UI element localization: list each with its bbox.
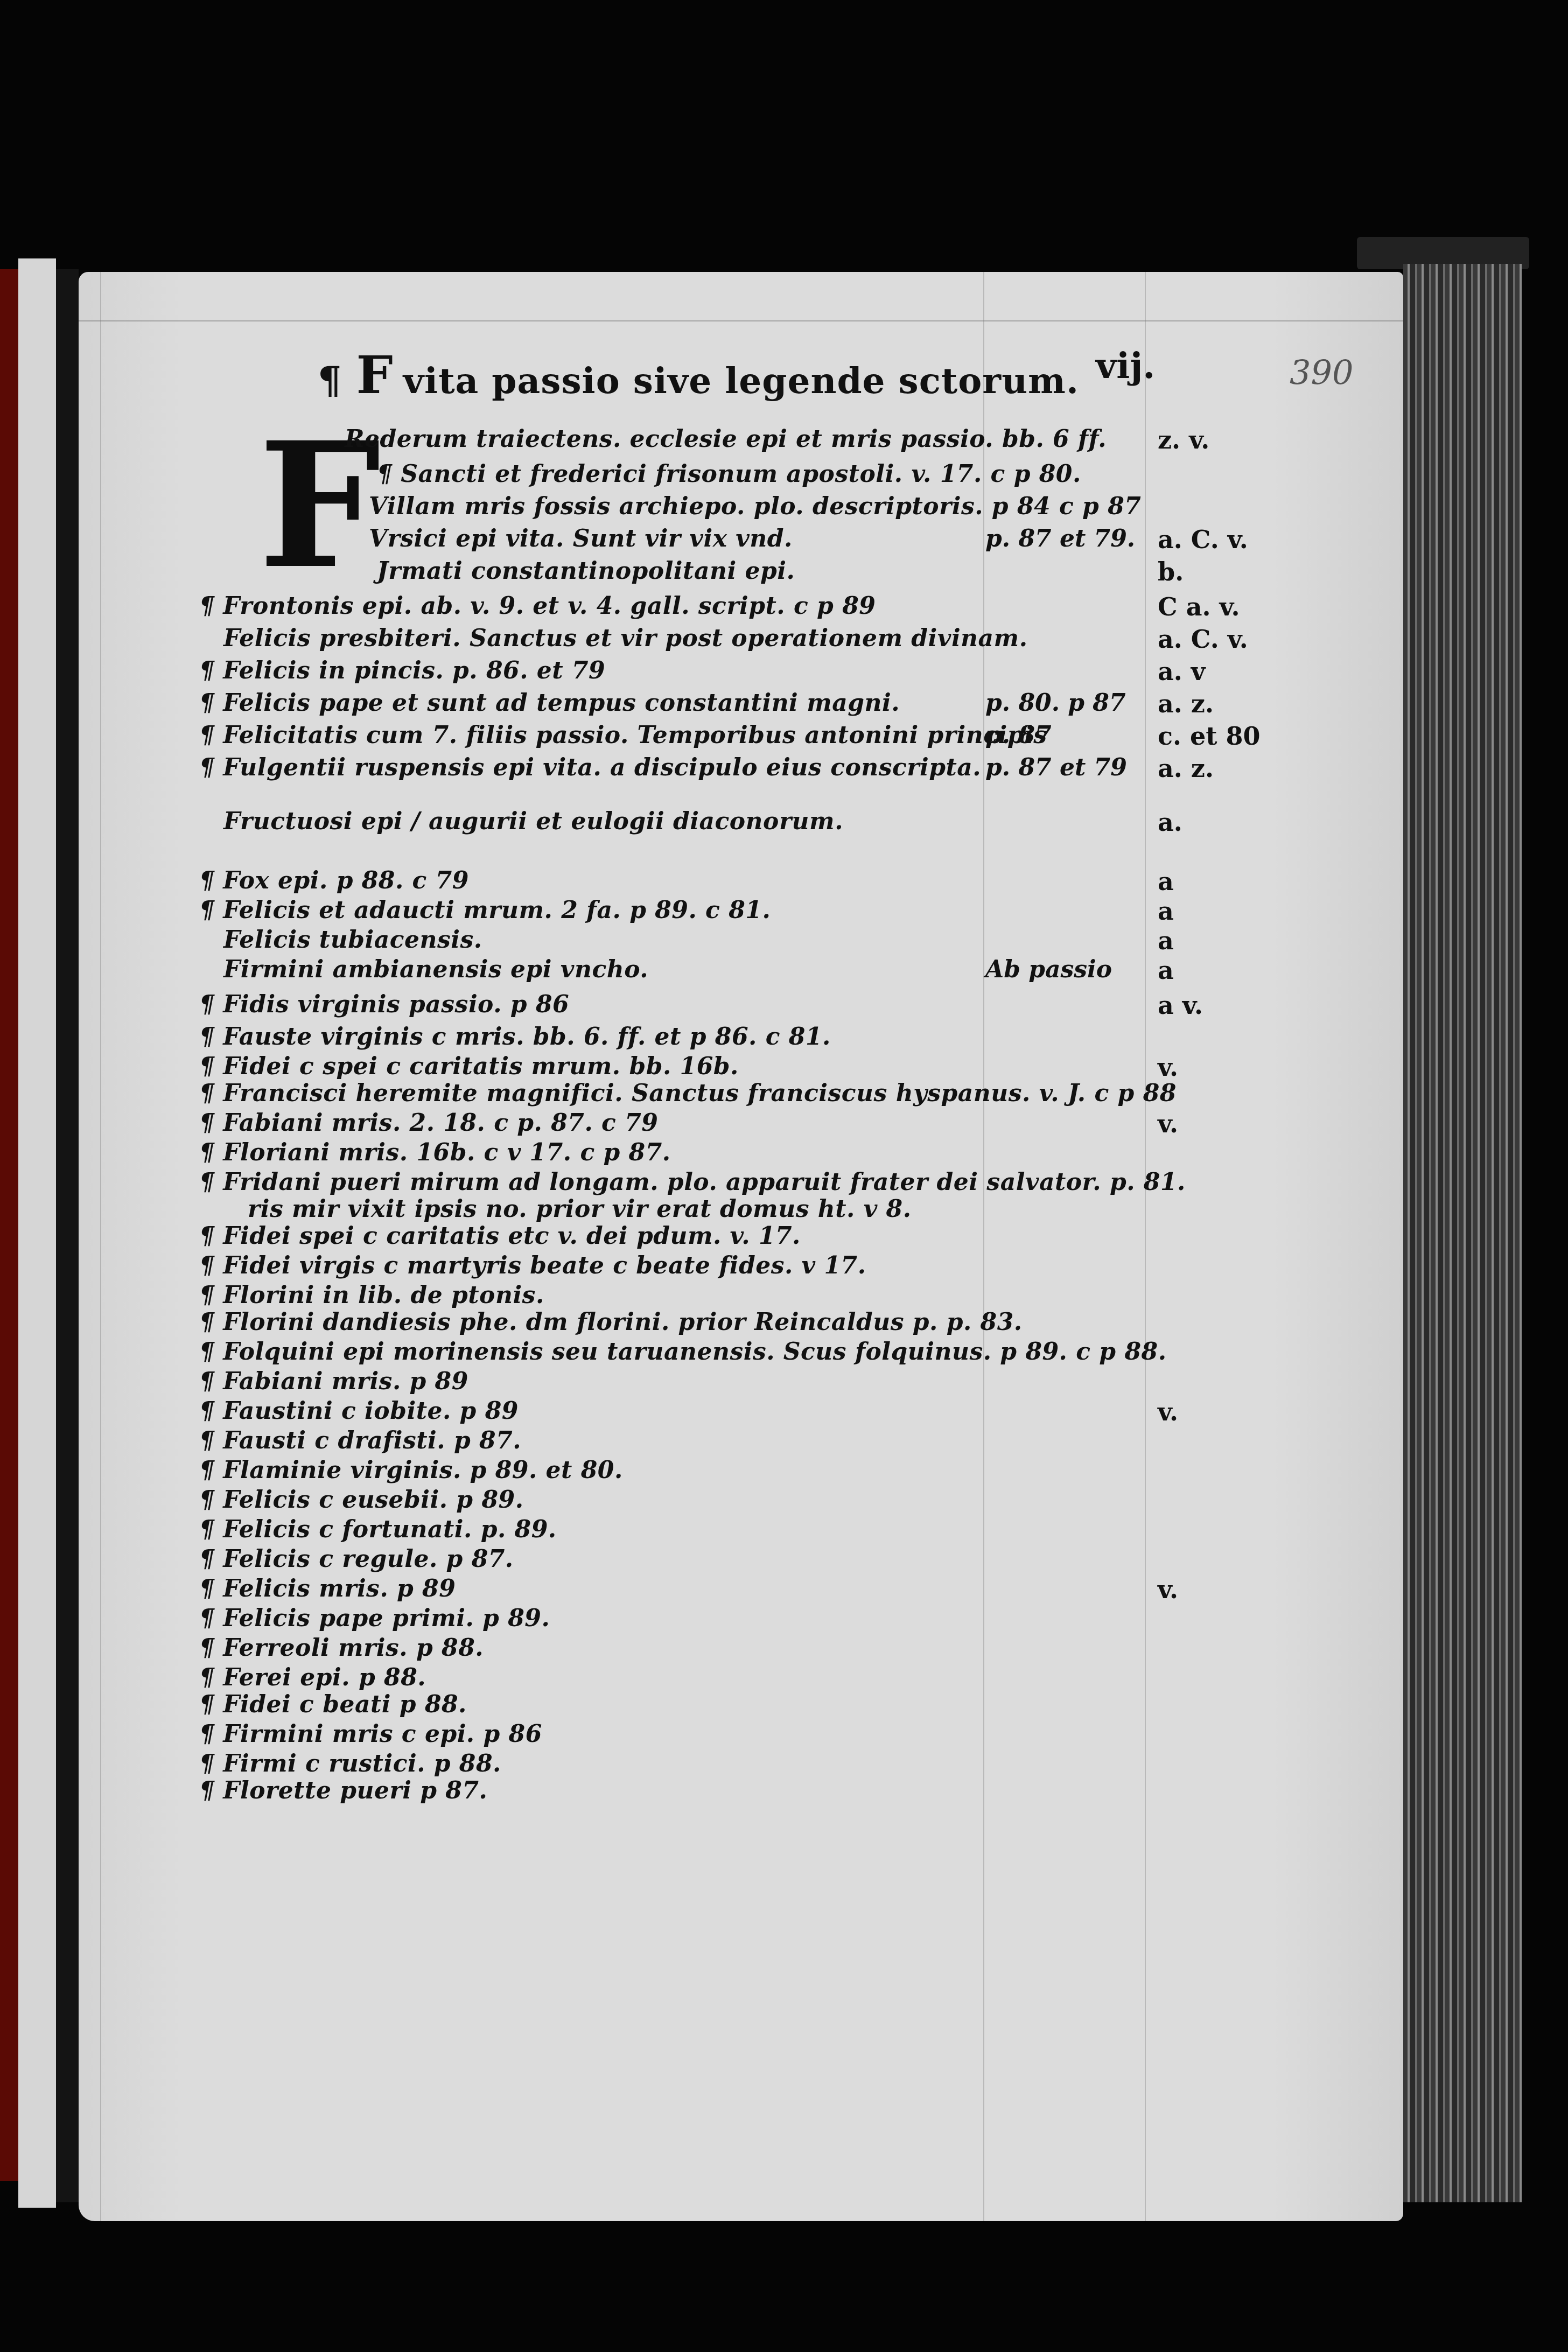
- list-item: ¶ Fidei virgis c martyris beate c beate …: [199, 1252, 866, 1279]
- chapter-number: vij.: [1096, 345, 1155, 387]
- list-item: ¶ Fidis virginis passio. p 86: [199, 991, 569, 1018]
- page-reference: p. 87 et 79: [985, 754, 1127, 781]
- list-item: ¶ Felicitatis cum 7. filiis passio. Temp…: [199, 722, 1047, 749]
- margin-siglum: a. z.: [1158, 689, 1214, 718]
- list-item: ¶ Frontonis epi. ab. v. 9. et v. 4. gall…: [199, 592, 876, 620]
- page-reference: p. 80. p 87: [985, 689, 1126, 717]
- list-item: ¶ Felicis et adaucti mrum. 2 fa. p 89. c…: [199, 897, 771, 924]
- list-item: ¶ Ferei epi. p 88.: [199, 1664, 426, 1691]
- list-item: ¶ Fabiani mris. p 89: [199, 1368, 468, 1395]
- list-item: ¶ Fidei c beati p 88.: [199, 1691, 467, 1718]
- list-item: ¶ Fox epi. p 88. c 79: [199, 867, 469, 894]
- list-item: ¶ Firmini mris c epi. p 86: [199, 1720, 542, 1748]
- page-reference: p. 87 et 79.: [985, 525, 1135, 552]
- list-item: Rederum traiectens. ecclesie epi et mris…: [345, 425, 1107, 453]
- margin-siglum: a: [1158, 867, 1174, 896]
- ruling-line-middle: [983, 272, 984, 2221]
- ruling-line-top: [79, 320, 1403, 321]
- list-item: ¶ Florini in lib. de ptonis.: [199, 1282, 544, 1309]
- ruling-line-right: [1145, 272, 1146, 2221]
- list-item: ¶ Fulgentii ruspensis epi vita. a discip…: [199, 754, 981, 781]
- margin-siglum: v.: [1158, 1109, 1178, 1138]
- margin-siglum: a: [1158, 897, 1174, 926]
- binding-red-strip: [0, 269, 18, 2181]
- margin-siglum: C a. v.: [1158, 592, 1240, 621]
- list-item: Villam mris fossis archiepo. plo. descri…: [369, 493, 1141, 520]
- list-item: ¶ Fauste virginis c mris. bb. 6. ff. et …: [199, 1023, 831, 1051]
- list-item: ¶ Florette pueri p 87.: [199, 1777, 487, 1804]
- list-item: Firmini ambianensis epi vncho.: [223, 956, 648, 983]
- list-item: Felicis presbiteri. Sanctus et vir post …: [223, 625, 1028, 652]
- margin-siglum: a. C. v.: [1158, 625, 1248, 654]
- list-item: ¶ Fidei spei c caritatis etc v. dei pdum…: [199, 1222, 801, 1250]
- margin-siglum: a v.: [1158, 991, 1203, 1020]
- list-item: ¶ Fabiani mris. 2. 18. c p. 87. c 79: [199, 1109, 658, 1137]
- list-item: ¶ Felicis c eusebii. p 89.: [199, 1486, 524, 1514]
- list-item: ¶ Folquini epi morinensis seu taruanensi…: [199, 1338, 1167, 1366]
- list-item: Fructuosi epi / augurii et eulogii diaco…: [223, 808, 843, 835]
- list-item: ¶ Faustini c iobite. p 89: [199, 1397, 519, 1425]
- list-item: ¶ Felicis mris. p 89: [199, 1575, 456, 1602]
- margin-siglum: a.: [1158, 808, 1182, 837]
- list-item: Vrsici epi vita. Sunt vir vix vnd.: [369, 525, 793, 552]
- list-item: ¶ Felicis pape primi. p 89.: [199, 1605, 550, 1632]
- book-gutter: [56, 269, 79, 2202]
- margin-siglum: a. C. v.: [1158, 525, 1248, 554]
- ruling-line-left: [100, 272, 101, 2221]
- list-item: Jrmati constantinopolitani epi.: [377, 557, 795, 585]
- list-item: ¶ Flaminie virginis. p 89. et 80.: [199, 1457, 623, 1484]
- margin-siglum: v.: [1158, 1053, 1178, 1082]
- page-reference: Ab passio: [985, 956, 1112, 983]
- margin-siglum: c. et 80: [1158, 722, 1261, 751]
- list-item: ¶ Felicis c fortunati. p. 89.: [199, 1516, 557, 1543]
- list-item: ¶ Firmi c rustici. p 88.: [199, 1750, 501, 1777]
- list-item: ris mir vixit ipsis no. prior vir erat d…: [248, 1195, 912, 1223]
- heading-text: vita passio sive legende sctorum.: [403, 360, 1079, 402]
- list-item: ¶ Felicis in pincis. p. 86. et 79: [199, 657, 605, 684]
- list-item: ¶ Fausti c drafisti. p 87.: [199, 1427, 521, 1454]
- margin-siglum: a. v: [1158, 657, 1206, 686]
- page-heading: ¶Fvita passio sive legende sctorum.: [318, 345, 1079, 405]
- page-edge-stack: [1403, 264, 1522, 2202]
- list-item: Felicis tubiacensis.: [223, 926, 482, 954]
- heading-initial: F: [356, 345, 394, 405]
- margin-siglum: a: [1158, 956, 1174, 985]
- margin-siglum: z. v.: [1158, 425, 1209, 454]
- list-item: ¶ Sancti et frederici frisonum apostoli.…: [377, 460, 1081, 488]
- pilcrow-icon: ¶: [318, 358, 342, 402]
- list-item: ¶ Florini dandiesis phe. dm florini. pri…: [199, 1308, 1023, 1336]
- list-item: ¶ Fidei c spei c caritatis mrum. bb. 16b…: [199, 1053, 739, 1080]
- list-item: ¶ Felicis c regule. p 87.: [199, 1545, 514, 1573]
- margin-siglum: b.: [1158, 557, 1184, 586]
- list-item: ¶ Fridani pueri mirum ad longam. plo. ap…: [199, 1168, 1186, 1196]
- page-reference: p. 87: [985, 722, 1052, 749]
- margin-siglum: a: [1158, 926, 1174, 955]
- list-item: ¶ Felicis pape et sunt ad tempus constan…: [199, 689, 900, 717]
- list-item: ¶ Francisci heremite magnifici. Sanctus …: [199, 1080, 1177, 1107]
- list-item: ¶ Ferreoli mris. p 88.: [199, 1634, 484, 1662]
- list-item: ¶ Floriani mris. 16b. c v 17. c p 87.: [199, 1139, 671, 1166]
- margin-siglum: v.: [1158, 1397, 1178, 1426]
- margin-siglum: a. z.: [1158, 754, 1214, 783]
- margin-siglum: v.: [1158, 1575, 1178, 1604]
- left-page-sliver: [18, 258, 56, 2208]
- folio-number: 390: [1290, 353, 1353, 392]
